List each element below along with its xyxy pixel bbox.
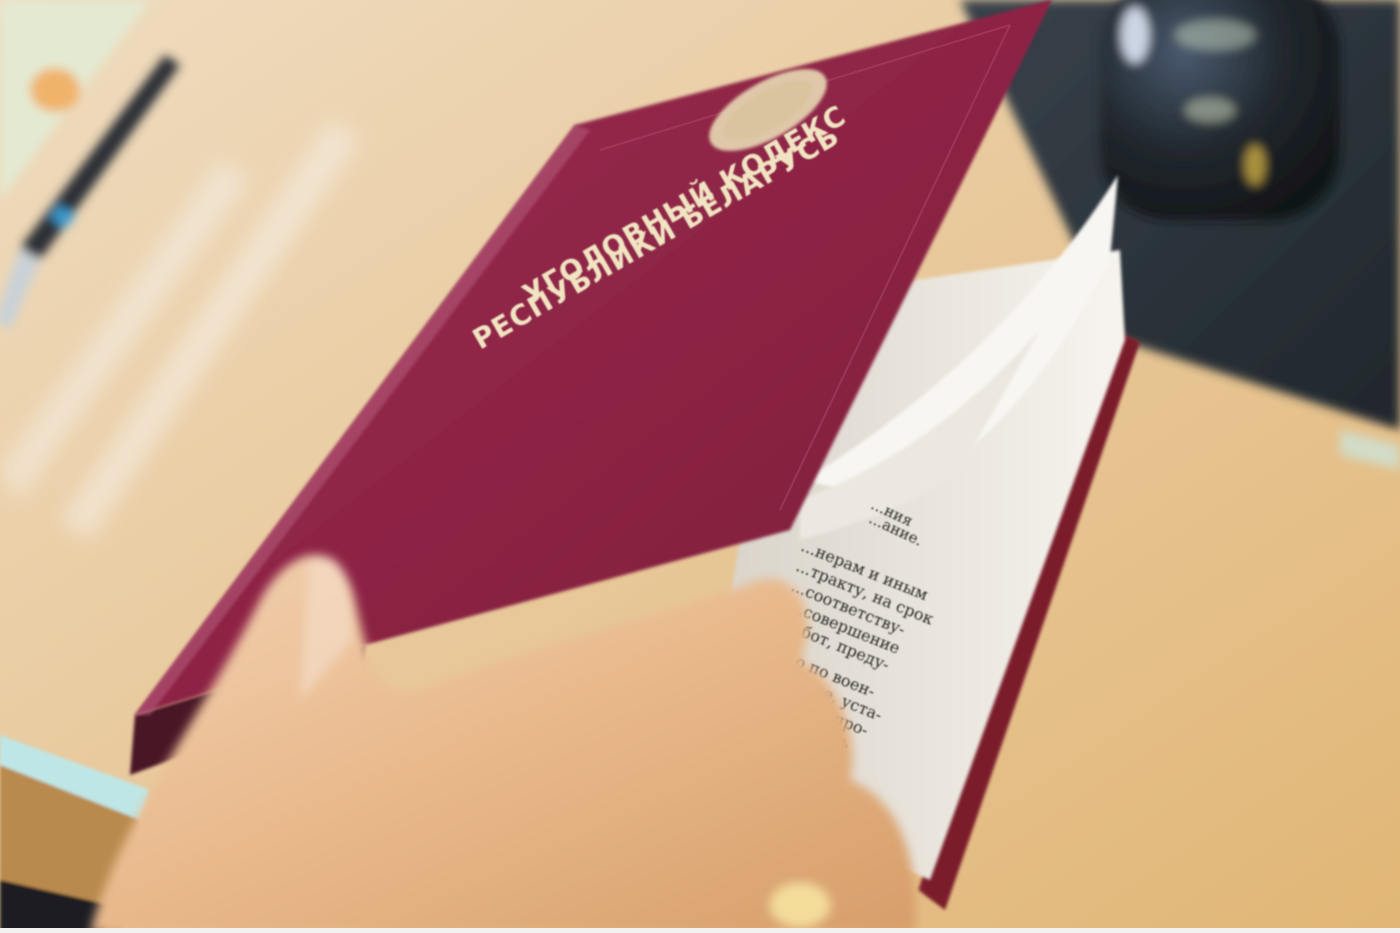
photo-illustration: ...ния ...ание. ...нерам и иным ...тракт… [0,0,1400,933]
computer-mouse [1100,0,1340,220]
ring [770,883,830,927]
photo-scene: ...ния ...ание. ...нерам и иным ...тракт… [0,0,1400,933]
bottom-border [0,928,1400,933]
